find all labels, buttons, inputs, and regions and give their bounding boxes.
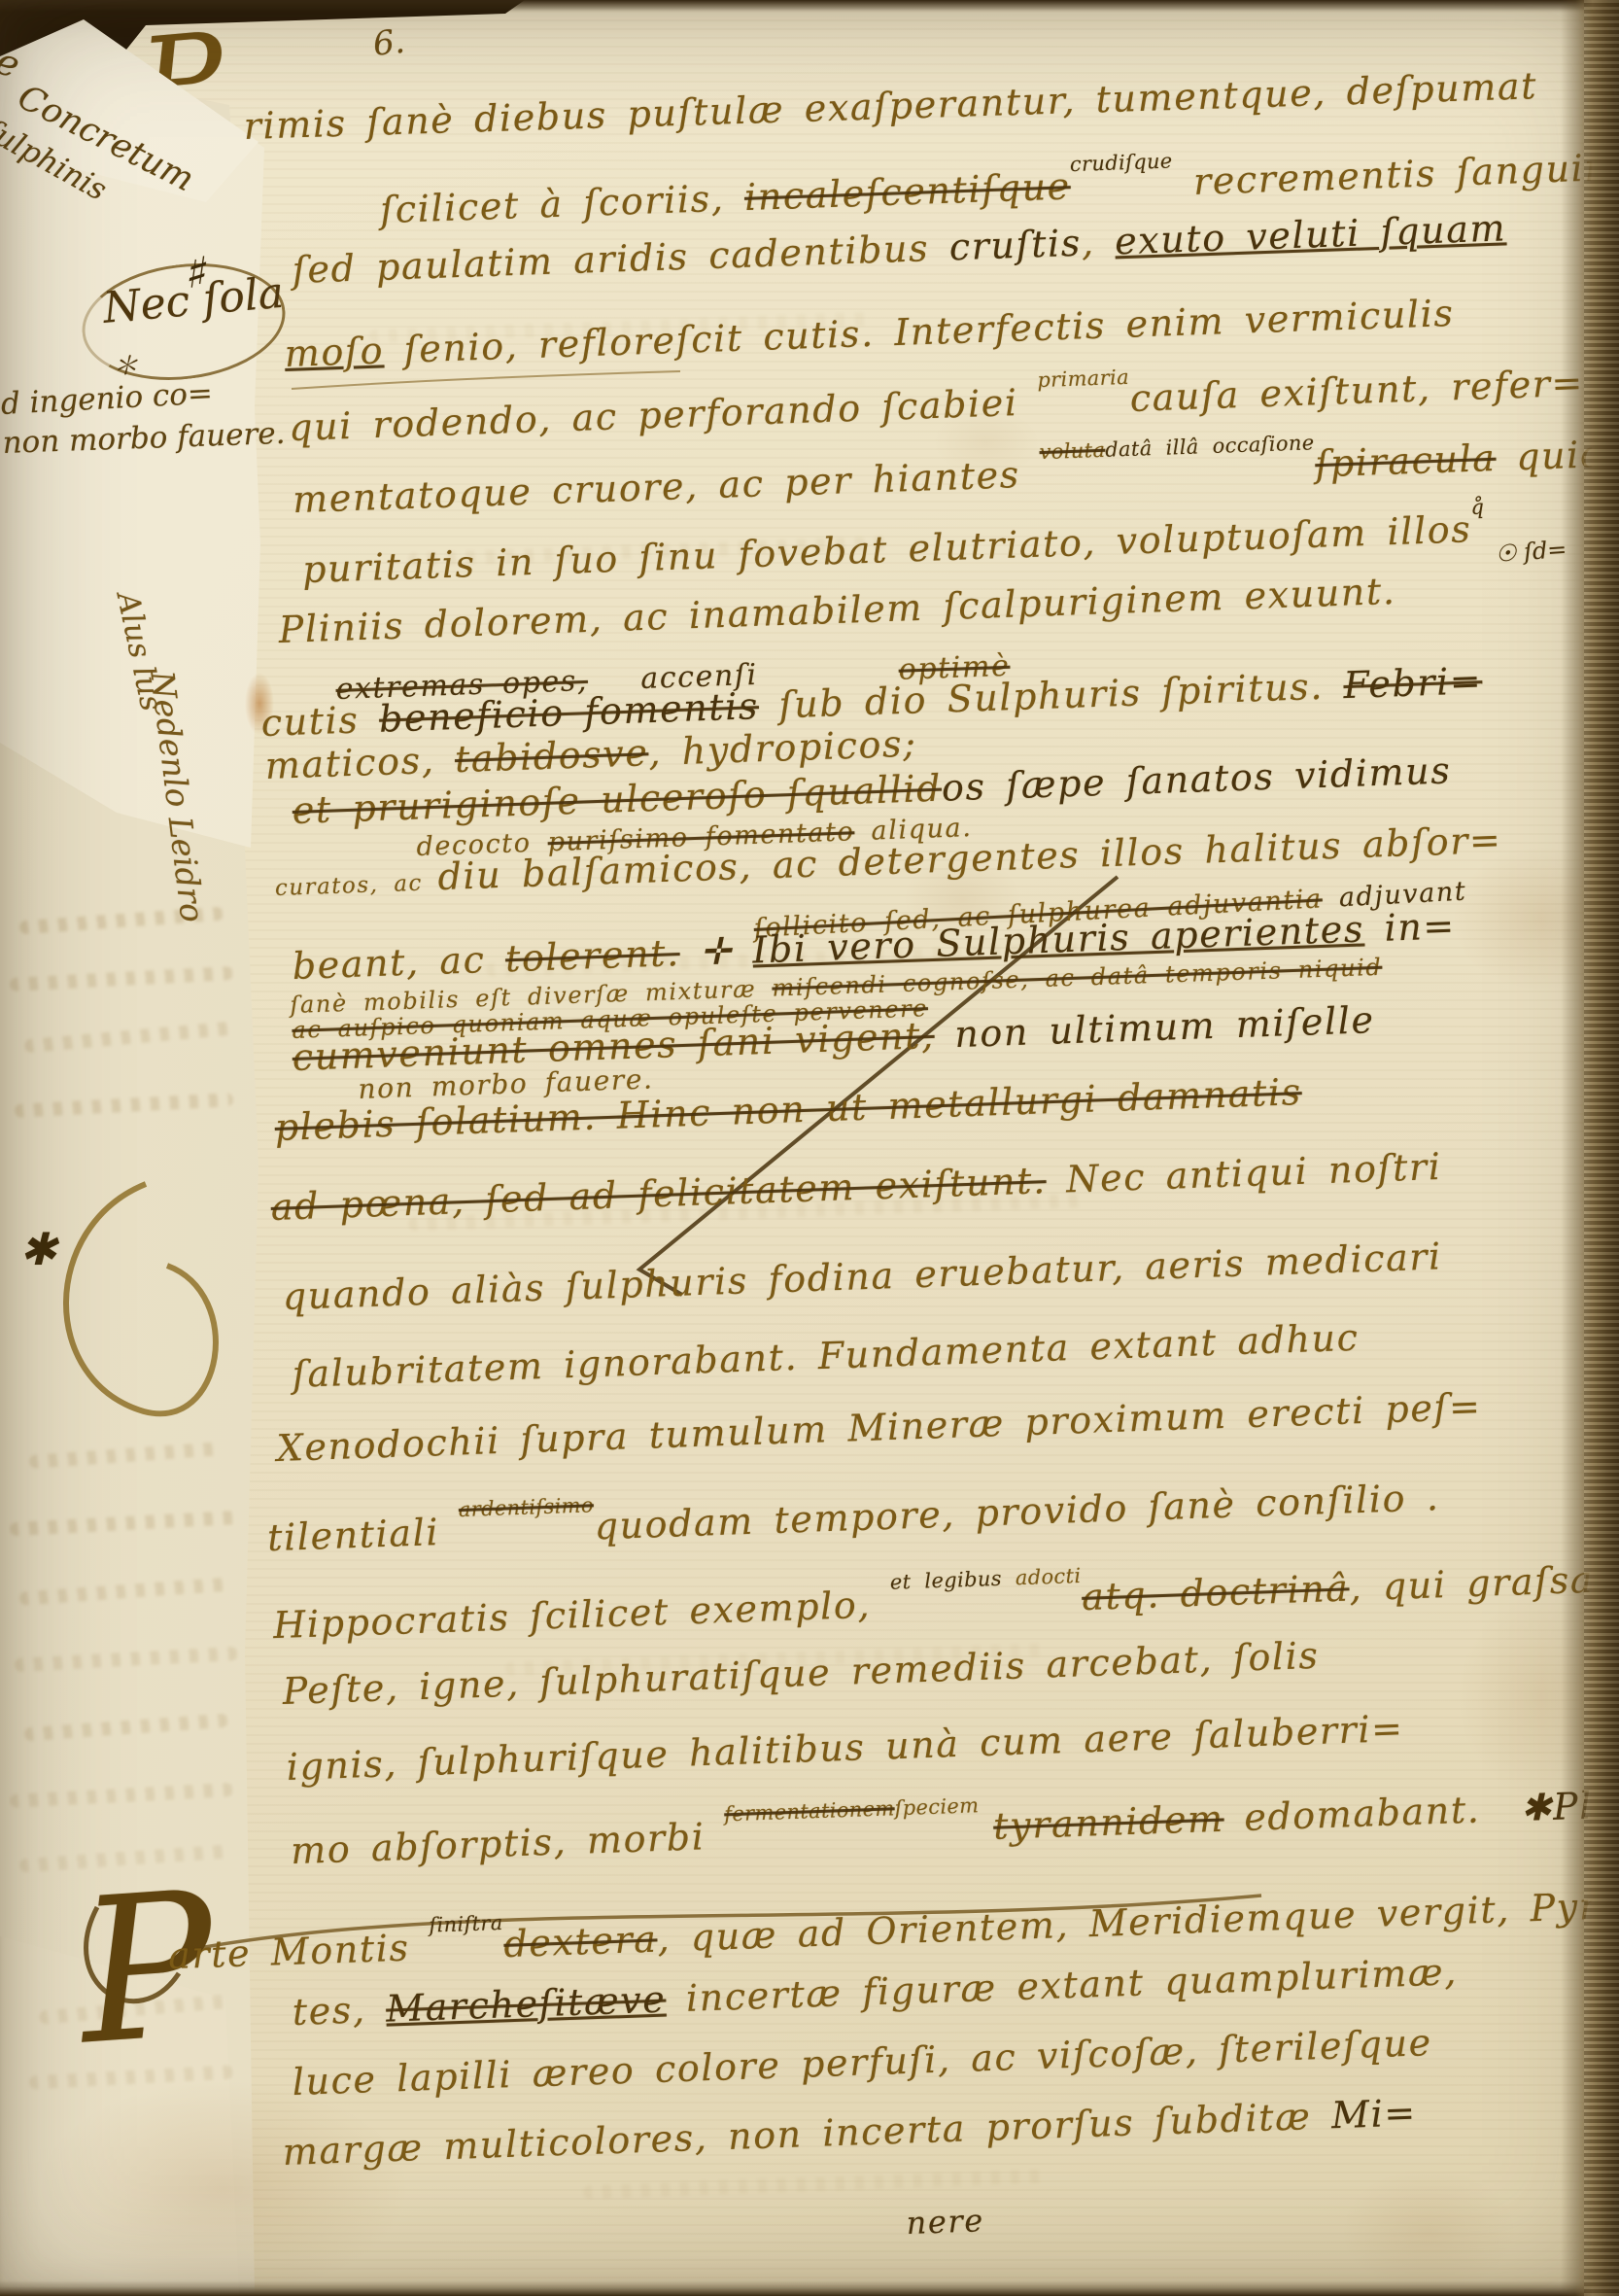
text-segment: quando aliàs ſulphuris fodina eruebatur,… xyxy=(282,1235,1442,1318)
manuscript-scan: P e Concretum ſulphinis 6. ♯ Nec ſola ＊ … xyxy=(0,0,1619,2296)
text-segment: dextera xyxy=(503,1918,658,1966)
text-segment: Peſte, igne, ſulphuratiſque remediis arc… xyxy=(282,1634,1320,1713)
manuscript-line: Xenodochii ſupra tumulum Mineræ proximum… xyxy=(276,1385,1482,1470)
text-segment: ſpiracula xyxy=(1314,436,1497,485)
text-segment: arte Montis xyxy=(167,1926,430,1977)
text-segment: datâ illâ occaſione xyxy=(1105,431,1315,461)
text-segment: voluta xyxy=(1039,438,1106,464)
text-segment: ſalubritatem ignorabant. Fundamenta exta… xyxy=(292,1316,1360,1396)
text-segment: mentatoque cruore, ac per hiantes xyxy=(292,452,1041,521)
manuscript-line: mo abſorptis, morbi fermentationemſpecie… xyxy=(290,1770,1619,1872)
text-segment: ardentiſsimo xyxy=(458,1493,594,1521)
manuscript-line: ignis, ſulphuriſque halitibus unà cum ae… xyxy=(286,1707,1404,1789)
text-segment: incaleſcentiſque xyxy=(743,164,1071,219)
text-segment: cruſtis xyxy=(948,222,1083,269)
text-segment: Nec antiqui noſtri xyxy=(1046,1145,1442,1201)
text-segment: Marcheſitæve xyxy=(385,1978,667,2031)
text-segment: exuto veluti ſquam xyxy=(1114,206,1506,262)
manuscript-line: nere xyxy=(906,2202,984,2242)
text-segment: primaria xyxy=(1037,365,1129,392)
manuscript-line: rimis ſanè diebus puſtulæ exaſperantur, … xyxy=(243,64,1538,148)
text-segment: Xenodochii ſupra tumulum Mineræ proximum… xyxy=(276,1385,1482,1470)
text-segment: incertæ figuræ extant quamplurimæ, xyxy=(666,1950,1459,2020)
text-segment: mo abſorptis, morbi xyxy=(290,1815,725,1873)
text-segment: ſiniſtra xyxy=(429,1911,503,1937)
text-segment: atq. doctrinâ xyxy=(1081,1567,1350,1619)
text-segment: rimis ſanè diebus puſtulæ exaſperantur, … xyxy=(243,64,1538,148)
text-segment: margæ multicolores, non incerta prorſus … xyxy=(282,2094,1332,2174)
text-segment: cauſa exiſtunt, refer= xyxy=(1129,362,1585,420)
manuscript-line: ſalubritatem ignorabant. Fundamenta exta… xyxy=(292,1316,1360,1396)
text-segment: ſed paulatim aridis cadentibus xyxy=(292,226,950,292)
bottom-edge-shadow xyxy=(0,2280,1619,2296)
text-segment: tes, xyxy=(292,1988,387,2034)
text-segment: maticos, xyxy=(264,738,456,787)
text-segment: os ſæpe ſanatos vidimus xyxy=(941,748,1452,809)
text-segment: edomabant. xyxy=(1223,1787,1522,1840)
text-segment: , hydropicos; xyxy=(648,722,918,775)
text-segment: , xyxy=(1081,220,1116,263)
manuscript-line: quando aliàs ſulphuris fodina eruebatur,… xyxy=(282,1235,1442,1318)
text-segment: et legibus xyxy=(889,1566,1016,1593)
text-segment: ſpeciem xyxy=(894,1793,993,1821)
text-segment: in= xyxy=(1363,904,1456,950)
text-segment: non ultimum miſelle xyxy=(934,998,1375,1057)
page-edges xyxy=(1584,0,1619,2296)
text-segment: cutis xyxy=(260,698,380,745)
manuscript-line: Hippocratis ſcilicet exemplo, et legibus… xyxy=(272,1544,1619,1647)
manuscript-line: margæ multicolores, non incerta prorſus … xyxy=(282,2091,1417,2174)
text-segment: tilentiali xyxy=(266,1510,460,1559)
text-segment: tolerent. xyxy=(504,931,680,980)
text-segment: tyrannidem xyxy=(992,1797,1224,1848)
text-segment: tabidosve xyxy=(454,731,649,781)
text-segment: ad pœna, ſed ad felicitatem exiſtunt. xyxy=(270,1159,1047,1229)
text-segment: nere xyxy=(906,2202,984,2242)
manuscript-line: ad pœna, ſed ad felicitatem exiſtunt. Ne… xyxy=(270,1145,1442,1229)
manuscript-line: tilentiali ardentiſsimoquodam tempore, p… xyxy=(266,1464,1440,1559)
text-segment: Mi= xyxy=(1330,2091,1417,2137)
text-segment: moſo xyxy=(284,329,385,375)
text-segment: beant, ac xyxy=(292,937,506,988)
manuscript-text: rimis ſanè diebus puſtulæ exaſperantur, … xyxy=(0,0,1619,2296)
manuscript-line: Peſte, igne, ſulphuratiſque remediis arc… xyxy=(282,1634,1320,1713)
text-segment: qui rodendo, ac perforando ſcabiei xyxy=(288,380,1039,449)
text-segment: quodam tempore, provido ſanè conſilio . xyxy=(594,1476,1440,1548)
text-segment: luce lapilli æreo colore perfuſi, ac viſ… xyxy=(292,2021,1432,2104)
text-segment: ✛ xyxy=(679,928,753,974)
top-edge-shadow xyxy=(0,0,1619,12)
text-segment: recrementis ſanguine , xyxy=(1173,144,1619,204)
text-segment: fermentationem xyxy=(724,1796,895,1826)
text-segment: Febri= xyxy=(1343,659,1483,707)
manuscript-line: luce lapilli æreo colore perfuſi, ac viſ… xyxy=(292,2021,1432,2104)
text-segment: q̊ xyxy=(1470,496,1485,519)
text-segment: curatos, ac xyxy=(275,870,439,901)
text-segment: ſcilicet à ſcoriis, xyxy=(379,176,744,231)
text-segment: crudiſque xyxy=(1069,149,1172,176)
text-segment: , quæ ad Orientem, Meridiemque vergit, P… xyxy=(657,1883,1619,1960)
text-segment: Hippocratis ſcilicet exemplo, xyxy=(272,1583,891,1647)
text-segment: adocti xyxy=(1015,1564,1081,1589)
text-segment: ignis, ſulphuriſque halitibus unà cum ae… xyxy=(286,1707,1404,1789)
